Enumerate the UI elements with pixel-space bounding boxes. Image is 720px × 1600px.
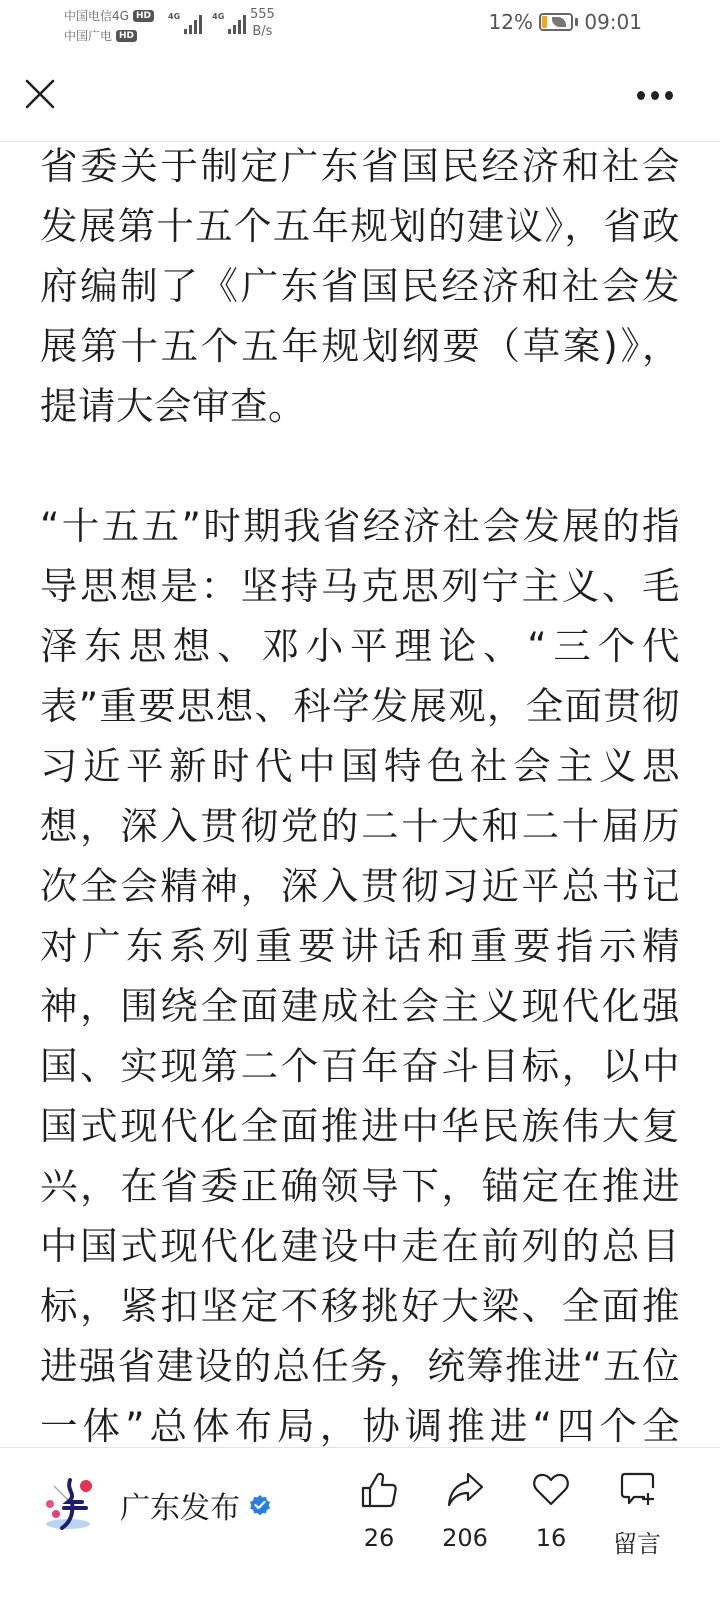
share-count: 206 (442, 1524, 488, 1552)
thumbs-up-icon (358, 1468, 400, 1510)
top-navigation-bar (0, 52, 720, 142)
guangdong-logo-icon (38, 1472, 104, 1538)
like-button[interactable]: 26 (336, 1468, 422, 1559)
bottom-action-bar: 广东发布 26 206 16 (0, 1447, 720, 1600)
carrier-info: 中国电信4G HD 中国广电 HD (64, 6, 154, 46)
article-paragraph: 省委关于制定广东省国民经济和社会发展第十五个五年规划的建议》，省政府编制了《广东… (40, 142, 680, 436)
signal-strength-icon: 4G (168, 12, 202, 34)
carrier-1-name: 中国电信4G (64, 6, 129, 26)
account-name[interactable]: 广东发布 (120, 1483, 240, 1527)
favorite-button[interactable]: 16 (508, 1468, 594, 1559)
share-button[interactable]: 206 (422, 1468, 508, 1559)
clock: 09:01 (584, 10, 642, 34)
avatar[interactable] (38, 1472, 104, 1538)
status-bar: 中国电信4G HD 中国广电 HD 4G 4G 555 B/s 12% (0, 0, 720, 52)
share-icon (444, 1468, 486, 1510)
hd-badge: HD (116, 30, 137, 42)
carrier-2-name: 中国广电 (64, 26, 112, 46)
favorite-count: 16 (536, 1524, 567, 1552)
heart-icon (530, 1468, 572, 1510)
signal-strength-icon: 4G (212, 12, 246, 34)
account-profile[interactable]: 广东发布 (38, 1472, 272, 1538)
more-icon (637, 91, 645, 100)
power-saving-leaf-icon (552, 17, 566, 27)
article-paragraph: “十五五”时期我省经济社会发展的指导思想是：坚持马克思列宁主义、毛泽东思想、邓小… (40, 496, 680, 1447)
comment-label: 留言 (613, 1524, 661, 1559)
verified-badge-icon (248, 1493, 272, 1517)
battery-icon (539, 13, 573, 31)
close-button[interactable] (20, 74, 60, 114)
comment-button[interactable]: 留言 (594, 1468, 680, 1559)
like-count: 26 (364, 1524, 395, 1552)
comment-add-icon (616, 1468, 658, 1510)
article-body[interactable]: 省委关于制定广东省国民经济和社会发展第十五个五年规划的建议》，省政府编制了《广东… (40, 142, 680, 1447)
hd-badge: HD (133, 10, 154, 22)
battery-percent: 12% (489, 10, 533, 34)
close-icon (20, 74, 60, 114)
more-options-button[interactable] (630, 80, 680, 110)
network-speed: 555 B/s (250, 6, 275, 40)
